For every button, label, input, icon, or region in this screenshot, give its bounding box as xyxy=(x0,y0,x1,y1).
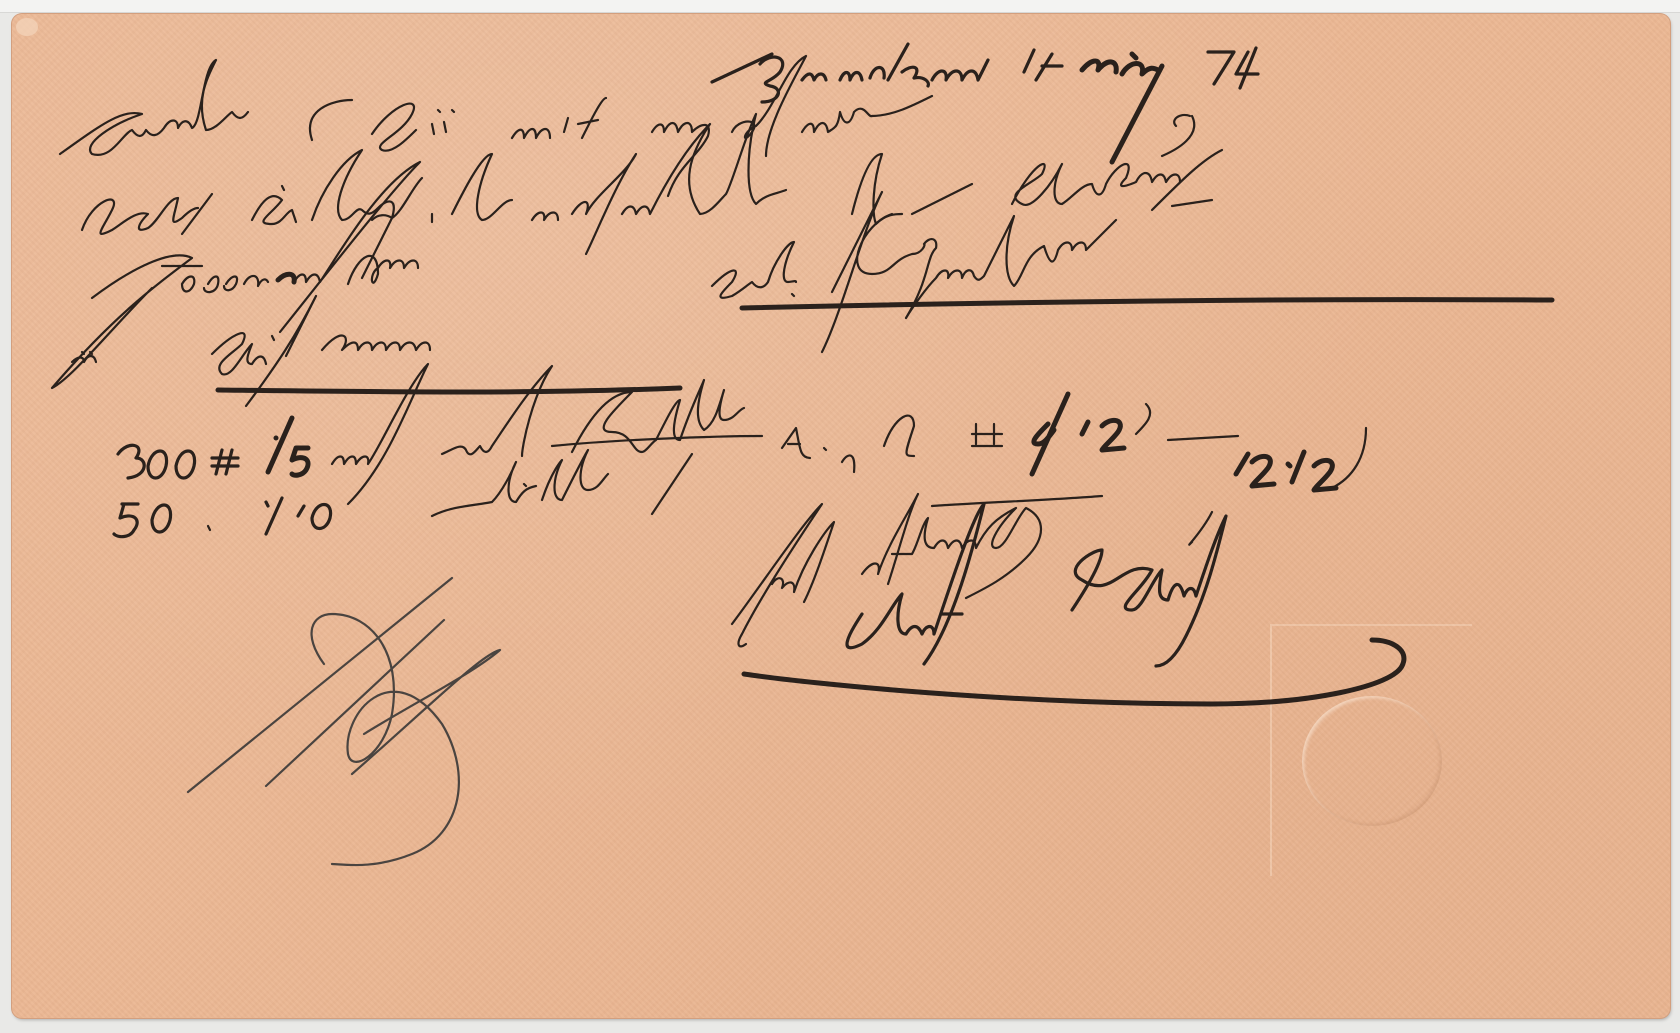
body-line-2 xyxy=(82,114,1222,278)
monogram-flourish xyxy=(188,578,500,865)
body-line-6 xyxy=(114,428,1366,545)
body-line-4 xyxy=(72,296,680,406)
body-line-1 xyxy=(60,56,932,196)
handwriting-layer xyxy=(12,14,1670,1018)
closing-and-signature xyxy=(732,494,1404,704)
header-place-date xyxy=(712,44,1258,162)
scan-background-strip xyxy=(0,0,1680,13)
postcard: Brückenau 14 Mai 74 Senden Sie mit umgeh… xyxy=(12,14,1670,1018)
